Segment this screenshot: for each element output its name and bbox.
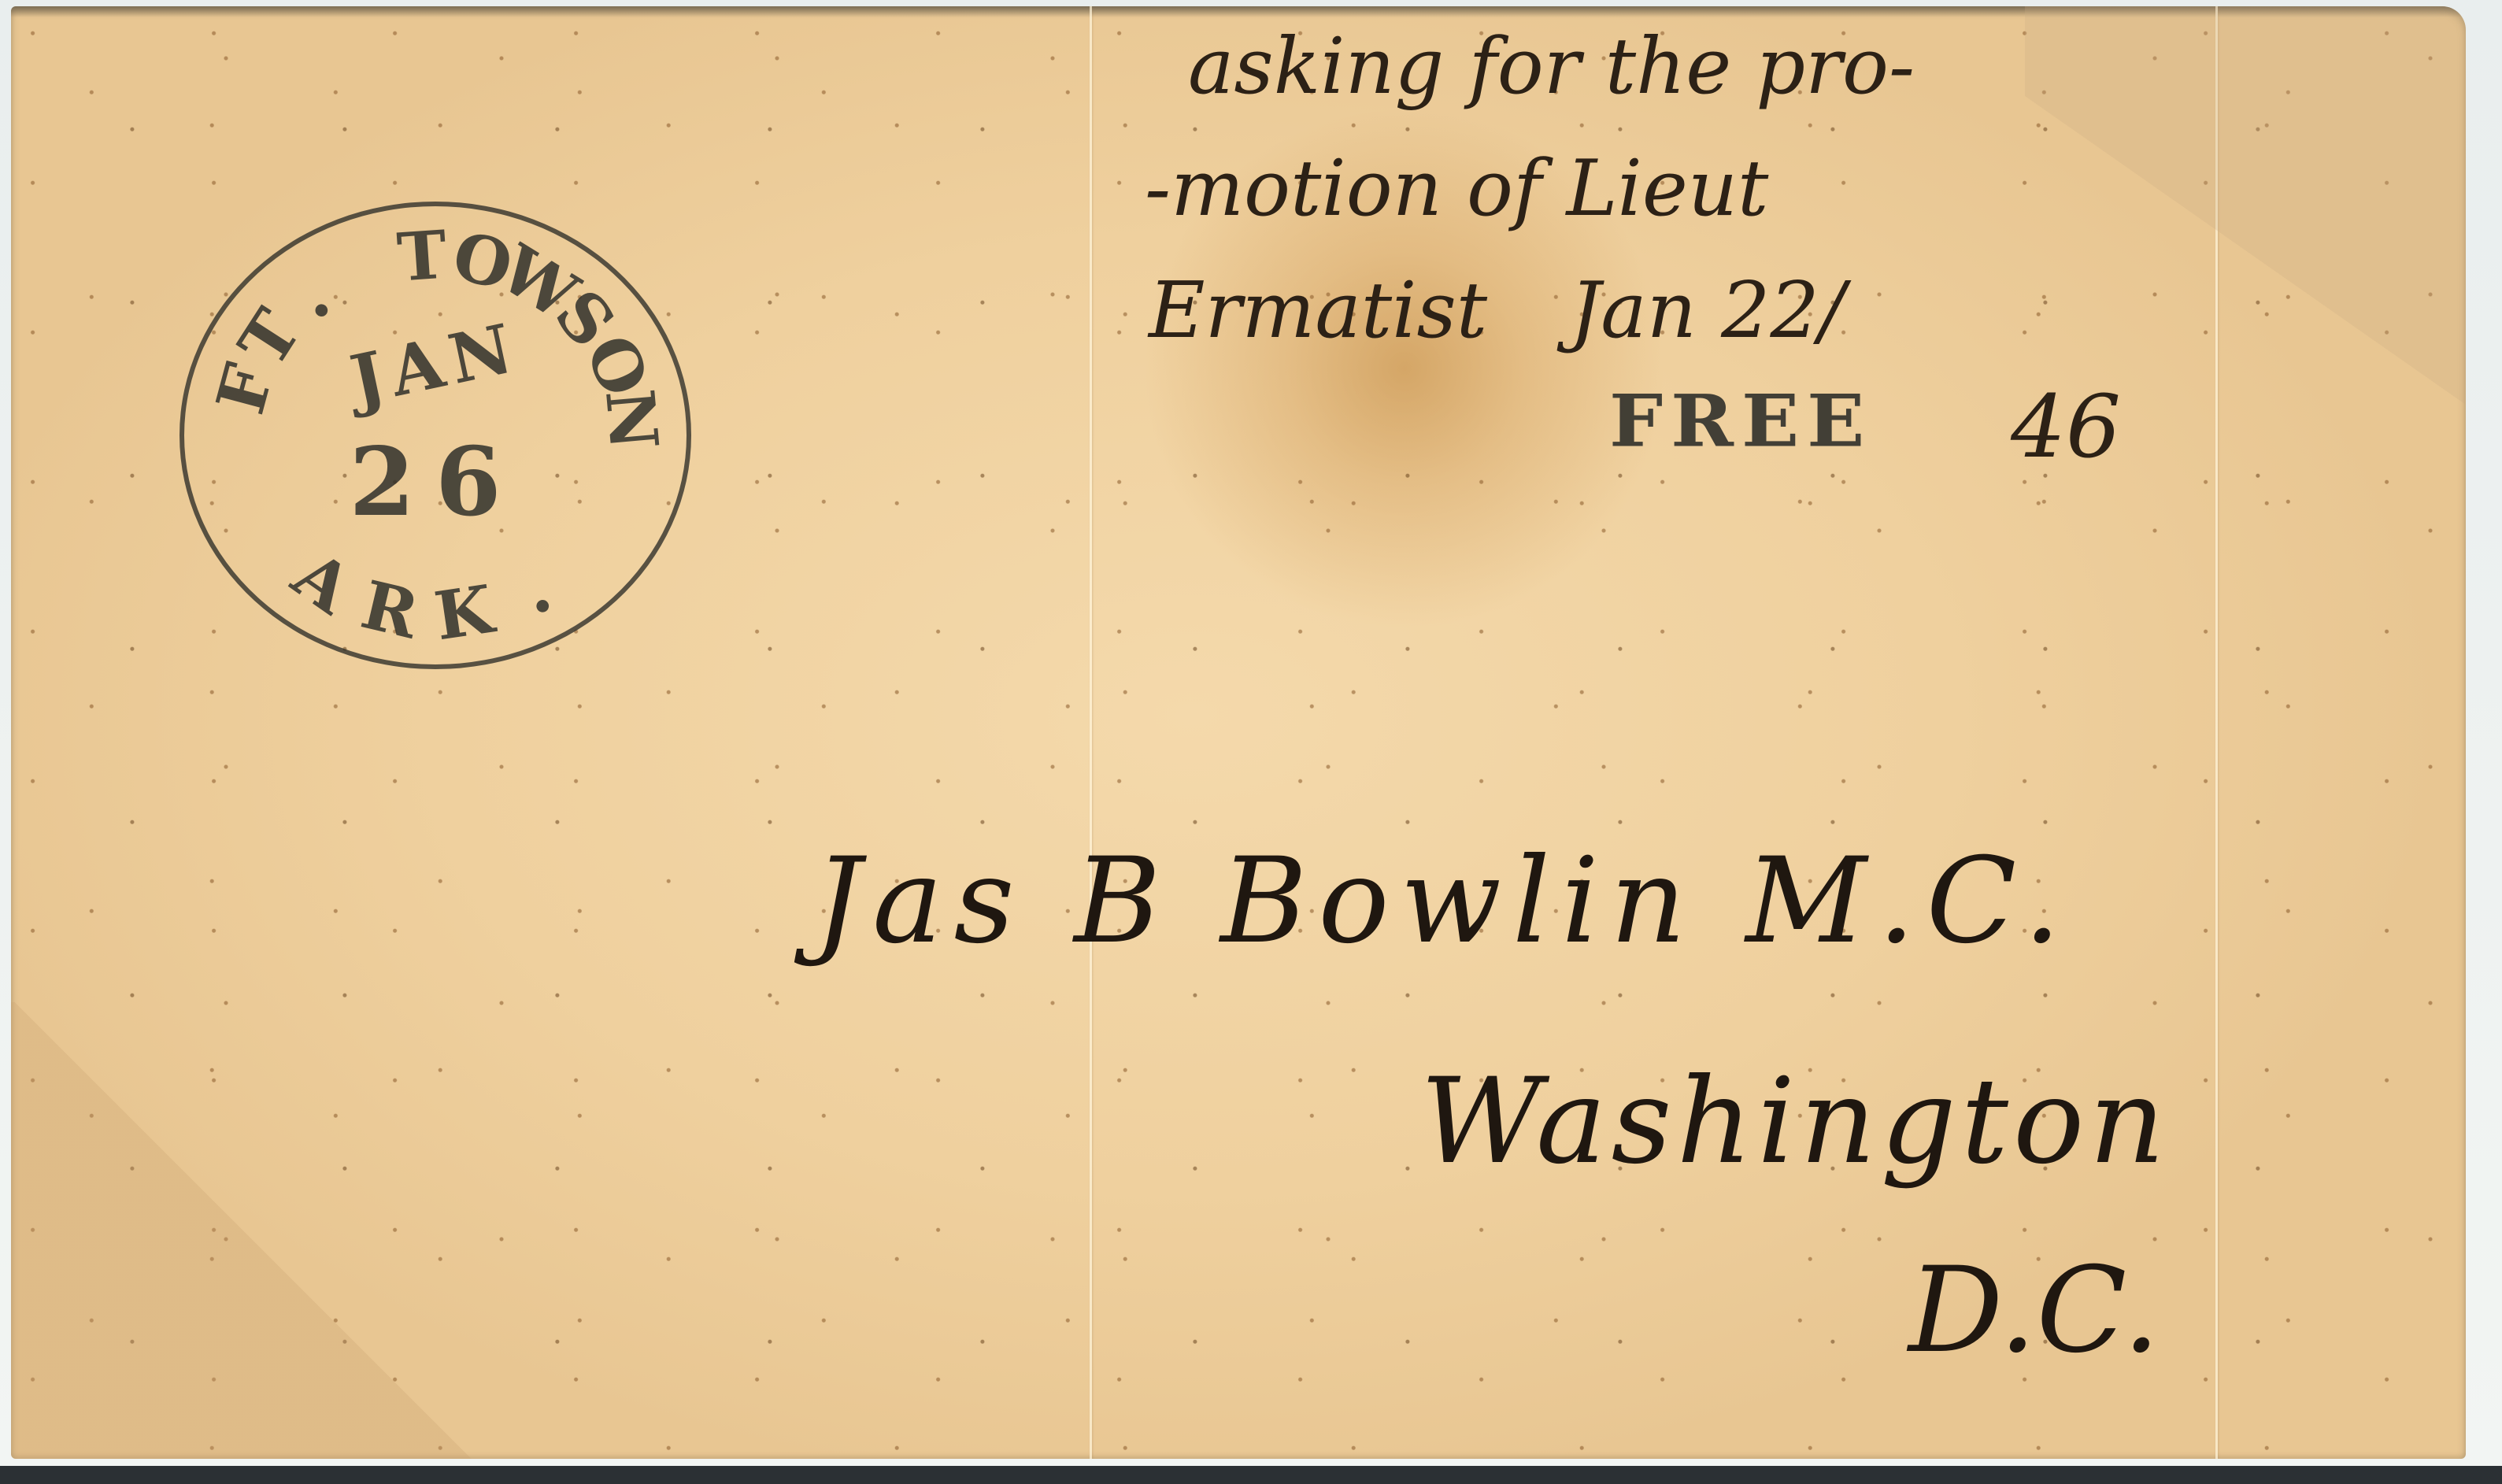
envelope: FT. TOWSONARK. JAN 26 FREE asking for th…	[11, 6, 2466, 1459]
postmark-day: 26	[184, 427, 687, 538]
docket-year: 46	[2011, 376, 2121, 477]
postmark-letter: .	[507, 557, 560, 625]
postmark-letter: K	[431, 576, 497, 650]
postmark-letter: .	[280, 264, 340, 329]
postmark-letter: R	[356, 572, 424, 649]
fold-line	[1090, 6, 1092, 1459]
free-frank-handstamp: FREE	[1609, 379, 1872, 463]
postmark-letter: T	[395, 222, 449, 291]
docket-date: Jan 22/	[1570, 266, 1845, 356]
docket-line-3: Ermatist	[1149, 266, 1487, 356]
docket-line-1: asking for the pro-	[1188, 22, 1915, 112]
docket-line-2: -motion of Lieut	[1145, 144, 1768, 234]
address-city: Washington	[1420, 1053, 2170, 1190]
postmark-letter: A	[283, 541, 363, 624]
address-district: D.C.	[1908, 1242, 2160, 1379]
mount-corner-bottom-left	[11, 1002, 476, 1459]
circular-datestamp: FT. TOWSONARK. JAN 26	[180, 202, 691, 669]
address-name: Jas B Bowlin M.C.	[814, 833, 2072, 970]
scanner-edge	[0, 1466, 2502, 1484]
